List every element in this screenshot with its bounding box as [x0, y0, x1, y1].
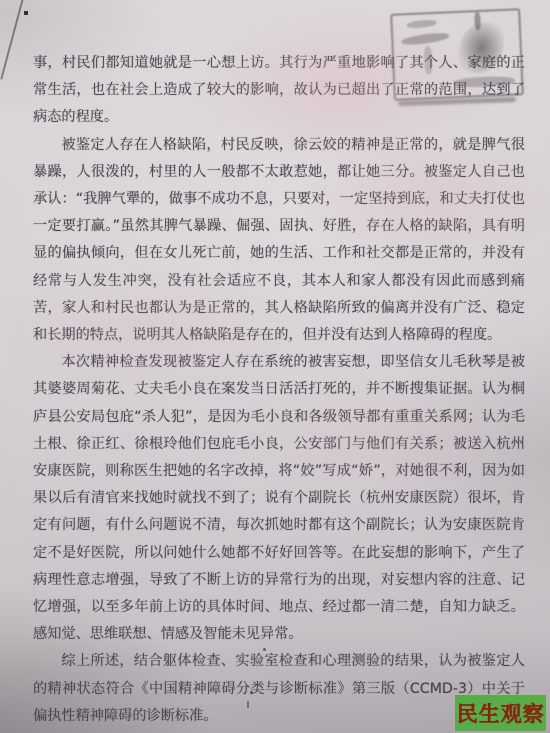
document-body: 事，村民们都知道她就是一心想上访。其行为严重地影响了其个人、家庭的正常生活，也在…	[33, 50, 525, 730]
paragraph-mental-exam-delusion: 本次精神检查发现被鉴定人存在系统的被害妄想，即坚信女儿毛秋琴是被其婆婆周菊花、丈…	[33, 349, 525, 648]
ink-stamp	[390, 8, 524, 101]
paragraph-personality-defect: 被鉴定人存在人格缺陷，村民反映，徐云姣的精神是正常的，就是脾气很暴躁，人很泼的，…	[33, 132, 525, 350]
paragraph-final-diagnosis: 综上所述，结合躯体检查、实验室检查和心理测验的结果，认为被鉴定人的精神状态符合《…	[33, 648, 525, 730]
stamp-smudge	[401, 31, 450, 46]
watermark-minsheng-guancha: 民生观察	[455, 695, 546, 731]
stamp-smudge	[424, 46, 433, 74]
stamp-smudge	[474, 12, 481, 30]
ink-speck	[24, 11, 28, 15]
stamp-smudge	[453, 75, 515, 88]
page-crease-line	[0, 0, 23, 79]
ink-speck	[263, 648, 266, 651]
ink-speck	[247, 701, 249, 708]
ink-speck	[250, 691, 253, 694]
stamp-smudge	[406, 19, 437, 29]
stamp-smudge	[457, 20, 506, 76]
document-photo: 事，村民们都知道她就是一心想上访。其行为严重地影响了其个人、家庭的正常生活，也在…	[0, 0, 550, 733]
